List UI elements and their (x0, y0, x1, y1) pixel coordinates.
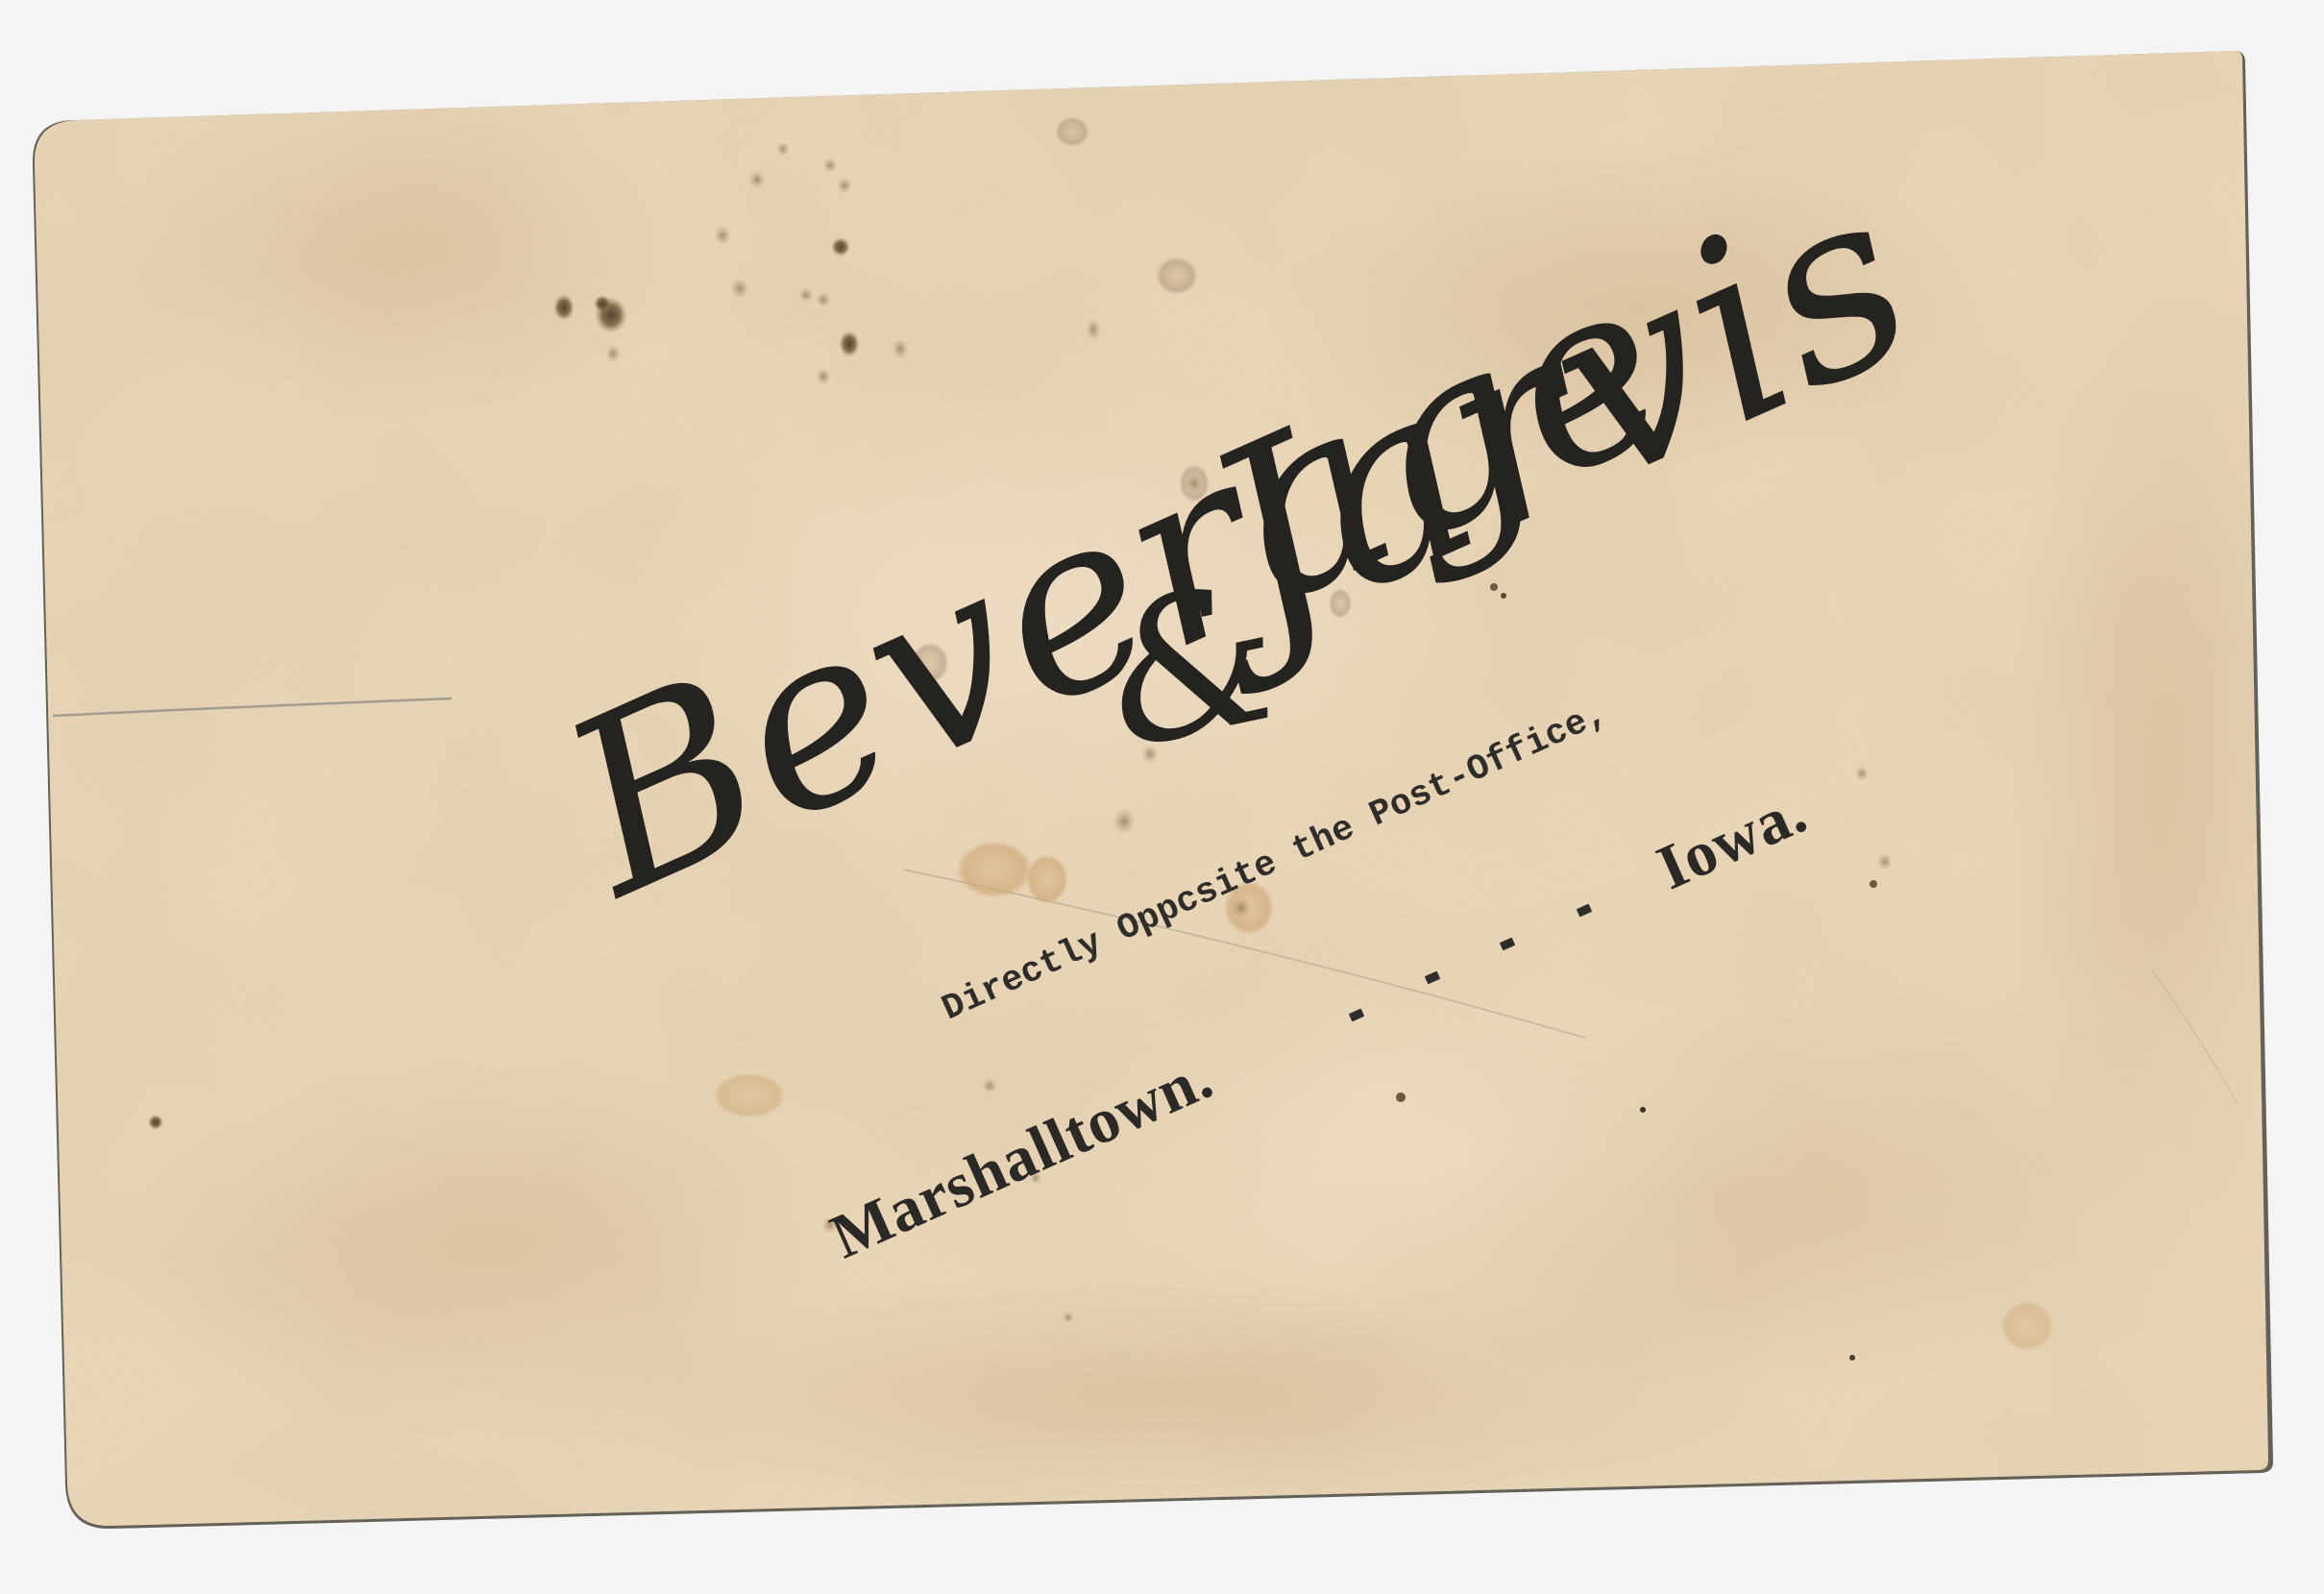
scanned-card-scene: Beverage & Jarvis Directly Oppcsite the … (0, 0, 2324, 1594)
card-graphics (0, 0, 2324, 1594)
paper-aging (0, 0, 2324, 1594)
